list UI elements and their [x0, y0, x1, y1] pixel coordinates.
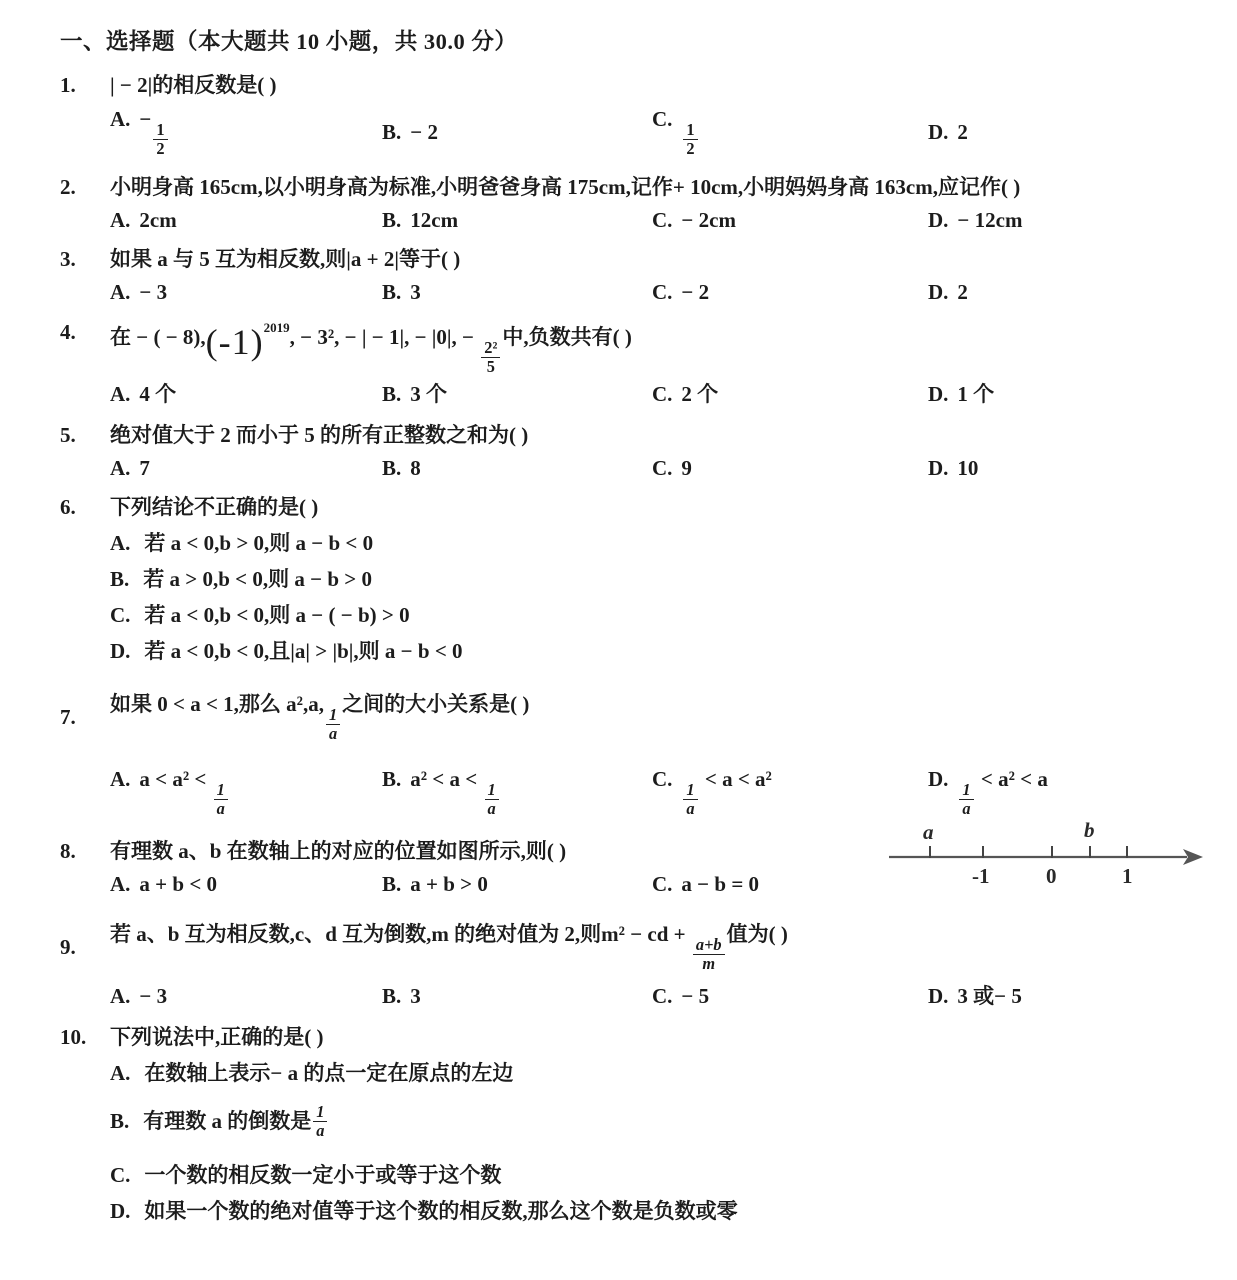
question-6-option-d: D.若 a < 0,b < 0,且|a| > |b|,则 a − b < 0: [110, 637, 1221, 665]
option-label: C.: [652, 872, 672, 896]
question-9: 9. 若 a、b 互为相反数,c、d 互为倒数,m 的绝对值为 2,则m² − …: [60, 920, 1221, 1010]
option-text: − 2: [681, 280, 709, 304]
stem-text: 之间的大小关系是( ): [342, 692, 529, 716]
option-text: 一个数的相反数一定小于或等于这个数: [144, 1163, 501, 1187]
question-9-option-c: C.− 5: [652, 982, 928, 1010]
option-label: B.: [110, 1107, 129, 1135]
question-5-option-a: A.7: [110, 454, 382, 482]
option-text: 若 a < 0,b < 0,则 a − ( − b) > 0: [144, 603, 409, 627]
question-6-option-a: A.若 a < 0,b > 0,则 a − b < 0: [110, 529, 1221, 557]
fraction-numerator: 1: [485, 781, 499, 800]
fraction: 1a: [313, 1103, 327, 1140]
stem-text: , − 3², − | − 1|, − |0|, −: [290, 325, 480, 349]
option-label: A.: [110, 1061, 130, 1085]
fraction-denominator: a: [316, 1122, 324, 1140]
option-text: 4 个: [139, 382, 176, 406]
fraction: 1a: [959, 781, 973, 818]
stem-big-term: (-1): [206, 322, 264, 362]
tick-label-1: 1: [1122, 864, 1133, 888]
question-7-option-b: B.a² < a < 1a: [382, 765, 652, 818]
fraction-denominator: a: [686, 800, 694, 818]
question-9-option-d: D.3 或− 5: [928, 982, 1221, 1010]
question-5: 5. 绝对值大于 2 而小于 5 的所有正整数之和为( ) A.7 B.8 C.…: [60, 421, 1221, 482]
question-4-option-d: D.1 个: [928, 380, 1221, 408]
option-label: C.: [652, 767, 672, 791]
question-8: a b -1 0 1 8. 有理数 a、b 在数轴上的对应的位置如图所示,则( …: [60, 837, 1221, 898]
question-number: 1.: [60, 71, 110, 99]
option-label: C.: [110, 1163, 130, 1187]
question-1-option-d: D.2: [928, 118, 1221, 146]
option-label: D.: [928, 280, 948, 304]
fraction: 1a: [326, 706, 340, 743]
option-text: 1 个: [957, 382, 994, 406]
question-stem: 下列说法中,正确的是( ): [110, 1023, 1221, 1051]
stem-exponent: 2019: [264, 320, 290, 335]
option-label: D.: [110, 639, 130, 663]
stem-text: 中,负数共有( ): [502, 325, 632, 349]
question-7-option-a: A.a < a² < 1a: [110, 765, 382, 818]
option-label: A.: [110, 280, 130, 304]
option-label: B.: [382, 984, 401, 1008]
fraction: 1a: [214, 781, 228, 818]
option-label: A.: [110, 984, 130, 1008]
stem-text: 如果 0 < a < 1,那么 a²,a,: [110, 692, 324, 716]
option-text: 3: [410, 984, 421, 1008]
fraction-denominator: 2: [686, 140, 694, 158]
stem-text: 值为( ): [727, 922, 788, 946]
section-title: 一、选择题（本大题共 10 小题，共 30.0 分）: [60, 24, 1221, 56]
question-4-option-a: A.4 个: [110, 380, 382, 408]
question-5-option-b: B.8: [382, 454, 652, 482]
question-9-option-b: B.3: [382, 982, 652, 1010]
question-number: 10.: [60, 1023, 110, 1051]
option-text: −: [139, 107, 151, 131]
option-text: 若 a > 0,b < 0,则 a − b > 0: [143, 567, 372, 591]
fraction-numerator: 1: [683, 121, 697, 140]
option-text: 2: [957, 120, 968, 144]
question-stem: | − 2|的相反数是( ): [110, 71, 1221, 99]
option-label: D.: [928, 456, 948, 480]
option-text: a < a² <: [139, 767, 211, 791]
option-text: 有理数 a 的倒数是: [143, 1107, 311, 1135]
option-label: B.: [382, 456, 401, 480]
option-label: B.: [382, 382, 401, 406]
question-number: 3.: [60, 245, 110, 273]
question-stem: 绝对值大于 2 而小于 5 的所有正整数之和为( ): [110, 421, 1221, 449]
option-label: D.: [928, 208, 948, 232]
option-text: − 2cm: [681, 208, 736, 232]
question-3-option-c: C.− 2: [652, 278, 928, 306]
point-a-label: a: [923, 820, 934, 844]
option-label: C.: [652, 107, 672, 131]
fraction-denominator: 2: [156, 140, 164, 158]
fraction-numerator: 1: [214, 781, 228, 800]
question-number: 4.: [60, 318, 110, 346]
option-text: 12cm: [410, 208, 458, 232]
question-1-option-c: C.12: [652, 105, 928, 158]
question-6-option-c: C.若 a < 0,b < 0,则 a − ( − b) > 0: [110, 601, 1221, 629]
question-stem: 若 a、b 互为相反数,c、d 互为倒数,m 的绝对值为 2,则m² − cd …: [110, 920, 1221, 973]
fraction-denominator: m: [702, 955, 715, 973]
option-label: C.: [110, 603, 130, 627]
option-text: − 2: [410, 120, 438, 144]
option-label: B.: [382, 208, 401, 232]
option-label: B.: [382, 872, 401, 896]
question-number: 6.: [60, 493, 110, 521]
option-text: < a² < a: [976, 767, 1048, 791]
fraction: 1a: [485, 781, 499, 818]
option-text: 2: [957, 280, 968, 304]
question-3-option-a: A.− 3: [110, 278, 382, 306]
exam-page: 一、选择题（本大题共 10 小题，共 30.0 分） 1. | − 2|的相反数…: [0, 0, 1237, 1225]
option-label: B.: [382, 120, 401, 144]
fraction-numerator: 1: [683, 781, 697, 800]
question-1: 1. | − 2|的相反数是( ) A.−12 B.− 2 C.12 D.2: [60, 71, 1221, 158]
option-text: a − b = 0: [681, 872, 759, 896]
question-2-option-d: D.− 12cm: [928, 206, 1221, 234]
option-text: − 3: [139, 280, 167, 304]
option-text: < a < a²: [700, 767, 772, 791]
fraction-numerator: 1: [153, 121, 167, 140]
option-text: 8: [410, 456, 421, 480]
fraction: 2²5: [481, 339, 500, 376]
question-stem: 小明身高 165cm,以小明身高为标准,小明爸爸身高 175cm,记作+ 10c…: [110, 173, 1221, 201]
option-label: B.: [382, 280, 401, 304]
question-3: 3. 如果 a 与 5 互为相反数,则|a + 2|等于( ) A.− 3 B.…: [60, 245, 1221, 306]
option-text: 3 或− 5: [957, 984, 1021, 1008]
option-label: C.: [652, 208, 672, 232]
option-text: 9: [681, 456, 692, 480]
fraction-denominator: a: [329, 725, 337, 743]
option-label: D.: [928, 984, 948, 1008]
point-b-label: b: [1084, 818, 1095, 842]
question-5-option-c: C.9: [652, 454, 928, 482]
option-label: A.: [110, 456, 130, 480]
question-1-option-a: A.−12: [110, 105, 382, 158]
option-text: 7: [139, 456, 150, 480]
question-4-option-b: B.3 个: [382, 380, 652, 408]
number-line-figure: a b -1 0 1: [885, 815, 1207, 891]
question-number: 7.: [60, 703, 110, 731]
fraction: 12: [683, 121, 697, 158]
option-text: 若 a < 0,b < 0,且|a| > |b|,则 a − b < 0: [144, 639, 462, 663]
fraction-numerator: 1: [959, 781, 973, 800]
option-text: a² < a <: [410, 767, 482, 791]
question-10: 10. 下列说法中,正确的是( ) A.在数轴上表示− a 的点一定在原点的左边…: [60, 1023, 1221, 1225]
question-7-option-c: C.1a < a < a²: [652, 765, 928, 818]
option-label: A.: [110, 767, 130, 791]
option-label: B.: [382, 767, 401, 791]
option-text: 10: [957, 456, 978, 480]
question-2-option-a: A.2cm: [110, 206, 382, 234]
fraction: 12: [153, 121, 167, 158]
fraction: a+bm: [693, 936, 725, 973]
fraction-denominator: 5: [487, 358, 495, 376]
option-text: 在数轴上表示− a 的点一定在原点的左边: [144, 1061, 513, 1085]
option-text: 3: [410, 280, 421, 304]
option-label: D.: [928, 120, 948, 144]
option-text: − 3: [139, 984, 167, 1008]
question-6: 6. 下列结论不正确的是( ) A.若 a < 0,b > 0,则 a − b …: [60, 493, 1221, 665]
stem-text: 若 a、b 互为相反数,c、d 互为倒数,m 的绝对值为 2,则m² − cd …: [110, 922, 691, 946]
question-4-option-c: C.2 个: [652, 380, 928, 408]
question-2-option-b: B.12cm: [382, 206, 652, 234]
option-label: A.: [110, 872, 130, 896]
tick-label-neg1: -1: [972, 864, 990, 888]
option-label: C.: [652, 280, 672, 304]
option-text: 2cm: [139, 208, 176, 232]
question-8-option-a: A.a + b < 0: [110, 870, 382, 898]
option-label: C.: [652, 984, 672, 1008]
option-label: A.: [110, 107, 130, 131]
question-7-option-d: D.1a < a² < a: [928, 765, 1221, 818]
question-10-option-a: A.在数轴上表示− a 的点一定在原点的左边: [110, 1059, 1221, 1087]
option-text: − 5: [681, 984, 709, 1008]
option-label: B.: [110, 567, 129, 591]
option-label: A.: [110, 208, 130, 232]
question-stem: 在 − ( − 8),(-1)2019, − 3², − | − 1|, − |…: [110, 318, 1221, 376]
option-label: D.: [928, 382, 948, 406]
question-7: 7. 如果 0 < a < 1,那么 a²,a,1a之间的大小关系是( ) A.…: [60, 690, 1221, 818]
question-number: 9.: [60, 933, 110, 961]
option-label: D.: [928, 767, 948, 791]
stem-text: 在 − ( − 8),: [110, 325, 206, 349]
option-text: 2 个: [681, 382, 718, 406]
fraction-numerator: 1: [326, 706, 340, 725]
question-8-option-b: B.a + b > 0: [382, 870, 652, 898]
option-text: − 12cm: [957, 208, 1022, 232]
question-9-option-a: A.− 3: [110, 982, 382, 1010]
question-10-option-c: C.一个数的相反数一定小于或等于这个数: [110, 1161, 1221, 1189]
fraction-denominator: a: [488, 800, 496, 818]
option-text: 若 a < 0,b > 0,则 a − b < 0: [144, 531, 373, 555]
fraction-numerator: 1: [313, 1103, 327, 1122]
option-text: a + b < 0: [139, 872, 217, 896]
option-text: 如果一个数的绝对值等于这个数的相反数,那么这个数是负数或零: [144, 1199, 737, 1223]
option-label: A.: [110, 382, 130, 406]
question-stem: 如果 a 与 5 互为相反数,则|a + 2|等于( ): [110, 245, 1221, 273]
question-number: 2.: [60, 173, 110, 201]
tick-label-0: 0: [1046, 864, 1057, 888]
question-number: 8.: [60, 837, 110, 865]
option-label: C.: [652, 382, 672, 406]
question-3-option-d: D.2: [928, 278, 1221, 306]
fraction: 1a: [683, 781, 697, 818]
question-number: 5.: [60, 421, 110, 449]
question-3-option-b: B.3: [382, 278, 652, 306]
fraction-numerator: 2²: [481, 339, 500, 358]
question-4: 4. 在 − ( − 8),(-1)2019, − 3², − | − 1|, …: [60, 318, 1221, 408]
question-2-option-c: C.− 2cm: [652, 206, 928, 234]
question-5-option-d: D.10: [928, 454, 1221, 482]
fraction-denominator: a: [217, 800, 225, 818]
question-stem: 如果 0 < a < 1,那么 a²,a,1a之间的大小关系是( ): [110, 690, 1221, 743]
question-10-option-b: B.有理数 a 的倒数是1a: [110, 1098, 1221, 1144]
option-text: 3 个: [410, 382, 447, 406]
fraction-numerator: a+b: [693, 936, 725, 955]
option-label: D.: [110, 1199, 130, 1223]
option-label: A.: [110, 531, 130, 555]
question-6-option-b: B.若 a > 0,b < 0,则 a − b > 0: [110, 565, 1221, 593]
option-text: a + b > 0: [410, 872, 488, 896]
question-10-option-d: D.如果一个数的绝对值等于这个数的相反数,那么这个数是负数或零: [110, 1197, 1221, 1225]
option-label: C.: [652, 456, 672, 480]
question-stem: 下列结论不正确的是( ): [110, 493, 1221, 521]
question-1-option-b: B.− 2: [382, 118, 652, 146]
question-2: 2. 小明身高 165cm,以小明身高为标准,小明爸爸身高 175cm,记作+ …: [60, 173, 1221, 234]
